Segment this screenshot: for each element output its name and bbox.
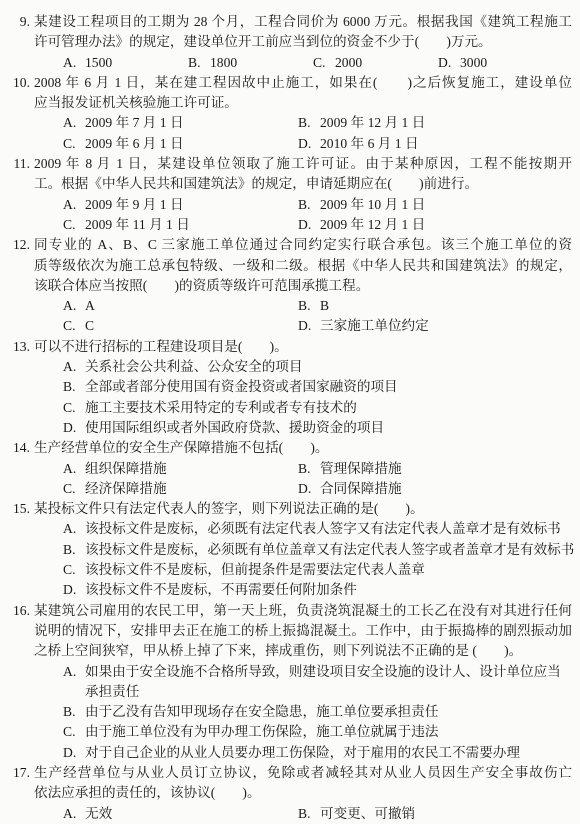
option-label: A. bbox=[63, 357, 77, 377]
option-label: B. bbox=[298, 804, 312, 824]
option-text: 组织保障措施 bbox=[85, 461, 167, 476]
option-D: D.合同保障措施 bbox=[298, 479, 572, 499]
option-text: 1500 bbox=[85, 55, 112, 70]
option-label: D. bbox=[63, 580, 77, 600]
option-row: A.该投标文件是废标，必须既有法定代表人签字又有法定代表人盖章才是有效标书 bbox=[34, 519, 572, 539]
option-C: C.该投标文件不是废标，但前提条件是需要法定代表人盖章 bbox=[63, 560, 572, 580]
option-row: A.组织保障措施B.管理保障措施 bbox=[34, 459, 572, 479]
option-text: 可变更、可撤销 bbox=[320, 806, 415, 821]
option-label: B. bbox=[298, 459, 312, 479]
option-row: A.关系社会公共利益、公众安全的项目 bbox=[34, 357, 572, 377]
option-label: C. bbox=[313, 53, 327, 73]
option-continuation: 承担责任 bbox=[63, 682, 572, 702]
option-C: C.2009 年 6 月 1 日 bbox=[63, 134, 298, 154]
option-label: C. bbox=[63, 479, 77, 499]
option-B: B.可变更、可撤销 bbox=[298, 804, 572, 824]
option-label: A. bbox=[63, 53, 77, 73]
question-9: 9.某建设工程项目的工期为 28 个月，工程合同价为 6000 万元。根据我国《… bbox=[0, 12, 572, 73]
stem-line: 许可管理办法》的规定，建设单位开工前应当到位的资金不少于( )万元。 bbox=[34, 32, 572, 52]
option-text: 该投标文件不是废标，但前提条件是需要法定代表人盖章 bbox=[85, 562, 425, 577]
option-D: D.2009 年 12 月 1 日 bbox=[298, 215, 572, 235]
option-text: A bbox=[85, 298, 95, 313]
option-label: B. bbox=[63, 702, 77, 722]
option-text: 管理保障措施 bbox=[320, 461, 402, 476]
option-label: D. bbox=[63, 743, 77, 763]
option-A: A.2009 年 9 月 1 日 bbox=[63, 195, 298, 215]
option-B: B.由于乙没有告知甲现场存在安全隐患，施工单位要承担责任 bbox=[63, 702, 572, 722]
option-row: A.2009 年 9 月 1 日B.2009 年 10 月 1 日 bbox=[34, 195, 572, 215]
question-number: 10. bbox=[0, 73, 30, 93]
option-row: B.全部或者部分使用国有资金投资或者国家融资的项目 bbox=[34, 377, 572, 397]
option-B: B.1800 bbox=[188, 53, 313, 73]
option-B: B.2009 年 10 月 1 日 bbox=[298, 195, 572, 215]
option-text: 2009 年 6 月 1 日 bbox=[85, 136, 184, 151]
option-text: 2009 年 12 月 1 日 bbox=[320, 115, 425, 130]
option-text: 三家施工单位约定 bbox=[320, 318, 429, 333]
option-label: D. bbox=[298, 215, 312, 235]
question-14: 14.生产经营单位的安全生产保障措施不包括( )。A.组织保障措施B.管理保障措… bbox=[0, 438, 572, 499]
option-B: B.B bbox=[298, 296, 572, 316]
question-11: 11.2009 年 8 月 1 日，某建设单位领取了施工许可证。由于某种原因，工… bbox=[0, 154, 572, 235]
option-label: C. bbox=[63, 398, 77, 418]
option-text: 对于自己企业的从业人员要办理工伤保险，对于雇用的农民工不需要办理 bbox=[85, 745, 520, 760]
option-D: D.2010 年 6 月 1 日 bbox=[298, 134, 572, 154]
option-text: 3000 bbox=[460, 55, 487, 70]
option-label: A. bbox=[63, 195, 77, 215]
question-number: 12. bbox=[0, 235, 30, 255]
option-row: C.2009 年 11 月 1 日D.2009 年 12 月 1 日 bbox=[34, 215, 572, 235]
option-text: 该投标文件不是废标，不再需要任何附加条件 bbox=[85, 582, 357, 597]
option-row: D.对于自己企业的从业人员要办理工伤保险，对于雇用的农民工不需要办理 bbox=[34, 743, 572, 763]
question-number: 9. bbox=[0, 12, 30, 32]
question-number: 11. bbox=[0, 154, 30, 174]
option-text: 2009 年 10 月 1 日 bbox=[320, 197, 425, 212]
option-A: A.2009 年 7 月 1 日 bbox=[63, 113, 298, 133]
stem-line: 说明的情况下，安排甲去正在施工的桥上振捣混凝土。工作中，由于振捣棒的剧烈振动加 bbox=[34, 621, 572, 641]
option-row: B.由于乙没有告知甲现场存在安全隐患，施工单位要承担责任 bbox=[34, 702, 572, 722]
stem-line: 工。根据《中华人民共和国建筑法》的规定，申请延期应在( )前进行。 bbox=[34, 174, 572, 194]
question-number: 17. bbox=[0, 763, 30, 783]
option-B: B.该投标文件是废标，必须既有单位盖章又有法定代表人签字或者盖章才是有效标书 bbox=[63, 540, 572, 560]
option-B: B.管理保障措施 bbox=[298, 459, 572, 479]
option-row: C.施工主要技术采用特定的专利或者专有技术的 bbox=[34, 398, 572, 418]
option-D: D.对于自己企业的从业人员要办理工伤保险，对于雇用的农民工不需要办理 bbox=[63, 743, 572, 763]
question-number: 15. bbox=[0, 499, 30, 519]
option-label: A. bbox=[63, 662, 77, 682]
option-label: C. bbox=[63, 134, 77, 154]
question-number: 14. bbox=[0, 438, 30, 458]
question-12: 12.同专业的 A、B、C 三家施工单位通过合同约定实行联合承包。该三个施工单位… bbox=[0, 235, 572, 336]
option-label: C. bbox=[63, 560, 77, 580]
option-C: C.C bbox=[63, 316, 298, 336]
option-text: 2009 年 9 月 1 日 bbox=[85, 197, 184, 212]
question-16: 16.某建筑公司雇用的农民工甲，第一天上班，负责浇筑混凝土的工长乙在没有对其进行… bbox=[0, 601, 572, 763]
option-label: A. bbox=[63, 113, 77, 133]
option-A: A.该投标文件是废标，必须既有法定代表人签字又有法定代表人盖章才是有效标书 bbox=[63, 519, 572, 539]
option-label: B. bbox=[298, 113, 312, 133]
option-label: B. bbox=[63, 540, 77, 560]
option-B: B.全部或者部分使用国有资金投资或者国家融资的项目 bbox=[63, 377, 572, 397]
option-row: A.AB.B bbox=[34, 296, 572, 316]
stem-line: 某建筑公司雇用的农民工甲，第一天上班，负责浇筑混凝土的工长乙在没有对其进行任何 bbox=[34, 601, 572, 621]
option-label: A. bbox=[63, 519, 77, 539]
option-A: A.关系社会公共利益、公众安全的项目 bbox=[63, 357, 572, 377]
option-text: 如果由于安全设施不合格所导致，则建设项目安全设施的设计人、设计单位应当 bbox=[85, 664, 561, 679]
stem-line: 某投标文件只有法定代表人的签字，则下列说法正确的是( )。 bbox=[34, 499, 572, 519]
stem-line: 应当报发证机关核验施工许可证。 bbox=[34, 93, 572, 113]
option-text: 施工主要技术采用特定的专利或者专有技术的 bbox=[85, 400, 357, 415]
question-10: 10.2008 年 6 月 1 日，某在建工程因故中止施工，如果在( )之后恢复… bbox=[0, 73, 572, 154]
stem-line: 生产经营单位与从业人员订立协议，免除或者减轻其对从业人员因生产安全事故伤亡 bbox=[34, 763, 572, 783]
option-D: D.3000 bbox=[438, 53, 572, 73]
option-text: 由于施工单位没有为甲办理工伤保险，施工单位就属于违法 bbox=[85, 724, 438, 739]
option-A: A.如果由于安全设施不合格所导致，则建设项目安全设施的设计人、设计单位应当承担责… bbox=[63, 662, 572, 703]
option-text: C bbox=[85, 318, 94, 333]
option-label: D. bbox=[438, 53, 452, 73]
stem-line: 质等级依次为施工总承包特级、一级和二级。根据《中华人民共和国建筑法》的规定， bbox=[34, 256, 572, 276]
stem-line: 某建设工程项目的工期为 28 个月，工程合同价为 6000 万元。根据我国《建筑… bbox=[34, 12, 572, 32]
option-label: A. bbox=[63, 804, 77, 824]
question-13: 13.可以不进行招标的工程建设项目是( )。A.关系社会公共利益、公众安全的项目… bbox=[0, 337, 572, 438]
option-label: B. bbox=[298, 195, 312, 215]
stem-line: 之桥上空间狭窄，甲从桥上掉了下来，摔成重伤，则下列说法不正确的是 ( )。 bbox=[34, 641, 572, 661]
option-text: 全部或者部分使用国有资金投资或者国家融资的项目 bbox=[85, 379, 398, 394]
option-row: C.2009 年 6 月 1 日D.2010 年 6 月 1 日 bbox=[34, 134, 572, 154]
option-text: 2010 年 6 月 1 日 bbox=[320, 136, 419, 151]
option-text: 2009 年 11 月 1 日 bbox=[85, 217, 190, 232]
question-list: 9.某建设工程项目的工期为 28 个月，工程合同价为 6000 万元。根据我国《… bbox=[0, 12, 572, 824]
option-row: A.2009 年 7 月 1 日B.2009 年 12 月 1 日 bbox=[34, 113, 572, 133]
option-row: C.由于施工单位没有为甲办理工伤保险，施工单位就属于违法 bbox=[34, 722, 572, 742]
option-text: 合同保障措施 bbox=[320, 481, 402, 496]
option-text: 无效 bbox=[85, 806, 112, 821]
option-text: B bbox=[320, 298, 329, 313]
stem-line: 依法应承担的责任的，该协议( )。 bbox=[34, 783, 572, 803]
option-B: B.2009 年 12 月 1 日 bbox=[298, 113, 572, 133]
option-row: D.该投标文件不是废标，不再需要任何附加条件 bbox=[34, 580, 572, 600]
option-text: 2000 bbox=[335, 55, 362, 70]
option-label: B. bbox=[63, 377, 77, 397]
option-text: 该投标文件是废标，必须既有法定代表人签字又有法定代表人盖章才是有效标书 bbox=[85, 521, 561, 536]
option-label: D. bbox=[298, 479, 312, 499]
option-D: D.使用国际组织或者外国政府贷款、援助资金的项目 bbox=[63, 418, 572, 438]
question-number: 13. bbox=[0, 337, 30, 357]
option-C: C.施工主要技术采用特定的专利或者专有技术的 bbox=[63, 398, 572, 418]
option-D: D.三家施工单位约定 bbox=[298, 316, 572, 336]
question-15: 15.某投标文件只有法定代表人的签字，则下列说法正确的是( )。A.该投标文件是… bbox=[0, 499, 572, 600]
option-label: A. bbox=[63, 296, 77, 316]
option-text: 关系社会公共利益、公众安全的项目 bbox=[85, 359, 303, 374]
option-row: A.1500B.1800C.2000D.3000 bbox=[34, 53, 572, 73]
option-row: C.经济保障措施D.合同保障措施 bbox=[34, 479, 572, 499]
option-row: C.CD.三家施工单位约定 bbox=[34, 316, 572, 336]
option-label: C. bbox=[63, 316, 77, 336]
stem-line: 2008 年 6 月 1 日，某在建工程因故中止施工，如果在( )之后恢复施工，… bbox=[34, 73, 572, 93]
option-C: C.经济保障措施 bbox=[63, 479, 298, 499]
option-row: A.无效B.可变更、可撤销 bbox=[34, 804, 572, 824]
option-text: 该投标文件是废标，必须既有单位盖章又有法定代表人签字或者盖章才是有效标书 bbox=[85, 542, 574, 557]
option-label: D. bbox=[298, 316, 312, 336]
exam-page: 9.某建设工程项目的工期为 28 个月，工程合同价为 6000 万元。根据我国《… bbox=[0, 0, 580, 824]
option-row: A.如果由于安全设施不合格所导致，则建设项目安全设施的设计人、设计单位应当承担责… bbox=[34, 662, 572, 703]
option-A: A.A bbox=[63, 296, 298, 316]
stem-line: 可以不进行招标的工程建设项目是( )。 bbox=[34, 337, 572, 357]
option-D: D.该投标文件不是废标，不再需要任何附加条件 bbox=[63, 580, 572, 600]
option-label: C. bbox=[63, 722, 77, 742]
option-label: B. bbox=[298, 296, 312, 316]
option-label: B. bbox=[188, 53, 202, 73]
option-text: 经济保障措施 bbox=[85, 481, 167, 496]
question-17: 17.生产经营单位与从业人员订立协议，免除或者减轻其对从业人员因生产安全事故伤亡… bbox=[0, 763, 572, 824]
stem-line: 同专业的 A、B、C 三家施工单位通过合同约定实行联合承包。该三个施工单位的资 bbox=[34, 235, 572, 255]
option-A: A.组织保障措施 bbox=[63, 459, 298, 479]
option-label: C. bbox=[63, 215, 77, 235]
option-row: D.使用国际组织或者外国政府贷款、援助资金的项目 bbox=[34, 418, 572, 438]
option-A: A.无效 bbox=[63, 804, 298, 824]
option-A: A.1500 bbox=[63, 53, 188, 73]
stem-line: 2009 年 8 月 1 日，某建设单位领取了施工许可证。由于某种原因，工程不能… bbox=[34, 154, 572, 174]
option-label: D. bbox=[63, 418, 77, 438]
option-label: A. bbox=[63, 459, 77, 479]
option-text: 2009 年 7 月 1 日 bbox=[85, 115, 184, 130]
option-label: D. bbox=[298, 134, 312, 154]
option-text: 2009 年 12 月 1 日 bbox=[320, 217, 425, 232]
option-text: 使用国际组织或者外国政府贷款、援助资金的项目 bbox=[85, 420, 384, 435]
option-text: 由于乙没有告知甲现场存在安全隐患，施工单位要承担责任 bbox=[85, 704, 438, 719]
option-C: C.由于施工单位没有为甲办理工伤保险，施工单位就属于违法 bbox=[63, 722, 572, 742]
option-row: C.该投标文件不是废标，但前提条件是需要法定代表人盖章 bbox=[34, 560, 572, 580]
stem-line: 该联合体应当按照( )的资质等级许可范围承揽工程。 bbox=[34, 276, 572, 296]
option-C: C.2009 年 11 月 1 日 bbox=[63, 215, 298, 235]
option-C: C.2000 bbox=[313, 53, 438, 73]
stem-line: 生产经营单位的安全生产保障措施不包括( )。 bbox=[34, 438, 572, 458]
option-row: B.该投标文件是废标，必须既有单位盖章又有法定代表人签字或者盖章才是有效标书 bbox=[34, 540, 572, 560]
option-text: 1800 bbox=[210, 55, 237, 70]
question-number: 16. bbox=[0, 601, 30, 621]
